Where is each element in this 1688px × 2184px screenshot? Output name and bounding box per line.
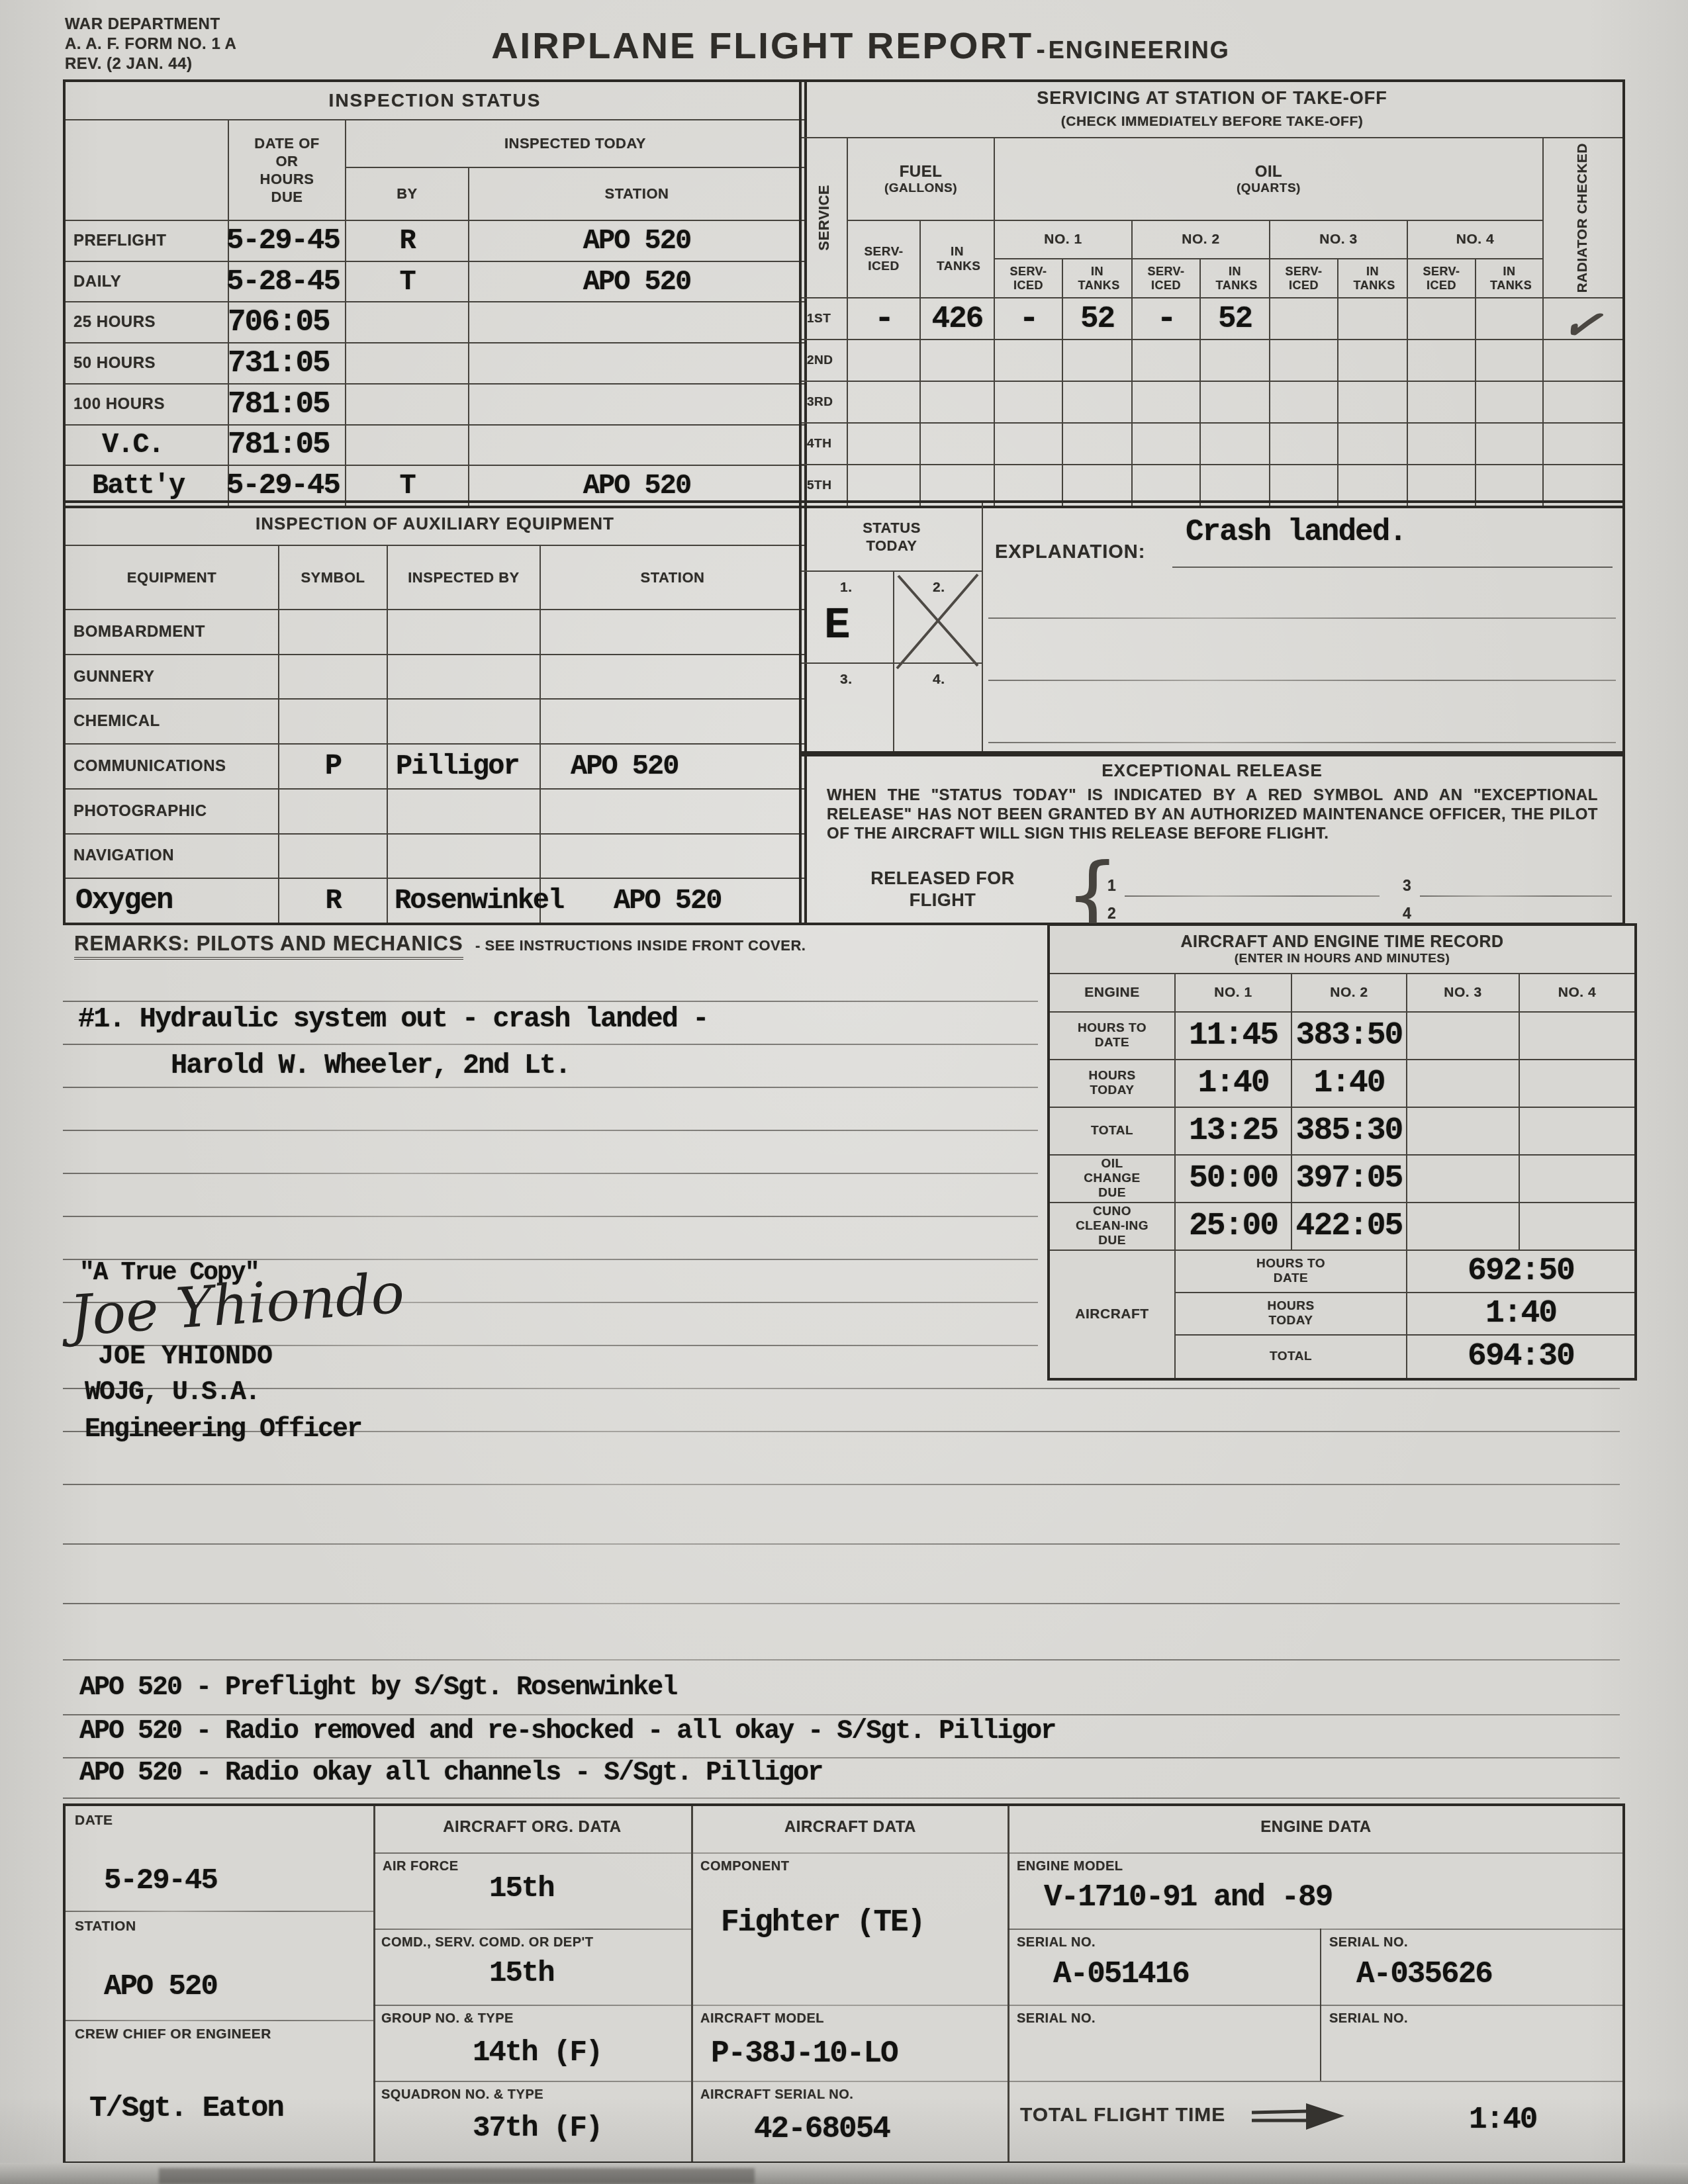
comd-label: COMD., SERV. COMD. OR DEP'T: [381, 1935, 594, 1950]
ruled-line: [63, 1484, 1620, 1485]
engine-serial2-label: SERIAL NO.: [1329, 1935, 1408, 1950]
fuel-header: FUEL (GALLONS): [848, 138, 995, 221]
no1-serviced-header: SERV-ICED: [995, 259, 1063, 297]
station-label: STATION: [75, 1919, 136, 1934]
page-title: AIRPLANE FLIGHT REPORT - ENGINEERING: [430, 24, 1291, 67]
crew-chief-value: T/Sgt. Eaton: [89, 2092, 283, 2125]
grid-line: [373, 2005, 1622, 2006]
cell: [848, 464, 921, 506]
station-note: APO 520 - Radio removed and re-shocked -…: [79, 1717, 1055, 1747]
status-symbol: E: [824, 601, 849, 651]
equipment-label: Oxygen: [66, 878, 279, 923]
cell: [1201, 422, 1270, 464]
row-label: DAILY: [66, 261, 229, 302]
ruled-line: [63, 1044, 1038, 1045]
cell: [1201, 381, 1270, 422]
ruled-line: [63, 1216, 1038, 1217]
cell: [1338, 339, 1408, 381]
release-slot-1: 1: [1107, 877, 1116, 895]
station-value: [469, 424, 804, 465]
date-value: 731:05: [229, 342, 346, 383]
cell: [388, 698, 541, 743]
row-label: PREFLIGHT: [66, 220, 229, 261]
no2-value: 397:05: [1292, 1156, 1407, 1203]
group-label: GROUP NO. & TYPE: [381, 2011, 514, 2026]
servicing-table: SERVICING AT STATION OF TAKE-OFF (CHECK …: [799, 79, 1625, 508]
explanation-value: Crash landed.: [1186, 515, 1406, 549]
station-value: APO 520: [541, 878, 804, 923]
ruled-line: [63, 1130, 1038, 1131]
ruled-line: [63, 1173, 1038, 1174]
remark-entry-line1: #1. Hydraulic system out - crash landed …: [78, 1003, 708, 1035]
cell: [279, 654, 388, 699]
signed-name: JOE YHIONDO: [98, 1342, 273, 1372]
quadrant-3-label: 3.: [840, 672, 853, 688]
grid-line: [982, 503, 983, 754]
date-value: 781:05: [229, 383, 346, 424]
squadron-value: 37th (F): [473, 2112, 602, 2145]
fuel-in-tanks-value: 426: [921, 297, 995, 339]
no2-in-tanks-header: IN TANKS: [1201, 259, 1270, 297]
no1-value: 25:00: [1176, 1203, 1292, 1251]
form-revision: REV. (2 JAN. 44): [65, 54, 236, 74]
station-value: APO 520: [469, 465, 804, 506]
grid-line: [66, 2020, 373, 2021]
no1-value: 50:00: [1176, 1156, 1292, 1203]
date-value: 706:05: [229, 301, 346, 342]
row-label-header-cell: [66, 120, 229, 220]
cell: [1270, 339, 1338, 381]
service-col-header: SERVICE: [802, 138, 848, 297]
aircraft-value: 1:40: [1407, 1293, 1634, 1336]
by-col-header: BY: [346, 168, 469, 220]
station-value: APO 520: [104, 1970, 217, 2003]
cell: [1201, 464, 1270, 506]
explanation-line: [988, 617, 1616, 619]
cell: [1270, 381, 1338, 422]
ruled-line: [63, 1714, 1620, 1715]
cell: [1476, 339, 1544, 381]
title-separator: -: [1037, 35, 1046, 64]
quadrant-1-label: 1.: [840, 580, 853, 596]
cell: [1520, 1060, 1634, 1108]
date-value: 5-29-45: [229, 220, 346, 261]
cell: [541, 833, 804, 878]
org-data-title: AIRCRAFT ORG. DATA: [373, 1818, 691, 1837]
air-force-value: 15th: [489, 1872, 554, 1905]
no2-serviced-header: SERV-ICED: [1133, 259, 1201, 297]
release-slot-3: 3: [1403, 877, 1411, 895]
symbol-value: P: [279, 743, 388, 788]
aux-equipment-title: INSPECTION OF AUXILIARY EQUIPMENT: [66, 503, 804, 546]
no1-in-tanks-header: IN TANKS: [1063, 259, 1133, 297]
row-label: Batt'y: [66, 465, 229, 506]
cell: [279, 698, 388, 743]
cell: [1520, 1203, 1634, 1251]
by-value: T: [346, 465, 469, 506]
grid-line: [691, 1806, 693, 2161]
cell: [995, 422, 1063, 464]
cell: [1063, 339, 1133, 381]
component-label: COMPONENT: [700, 1859, 790, 1874]
no4-col-header: NO. 4: [1520, 974, 1634, 1013]
no3-in-tanks-header: IN TANKS: [1338, 259, 1408, 297]
ruled-line: [63, 1603, 1620, 1604]
cell: [921, 422, 995, 464]
cell: [1476, 381, 1544, 422]
no3-in-tanks-value: [1338, 297, 1408, 339]
oil-no3-header: NO. 3: [1270, 221, 1408, 259]
cell: [388, 609, 541, 654]
cell: [995, 339, 1063, 381]
cell: [279, 788, 388, 833]
engine-serial1-value: A-051416: [1053, 1957, 1189, 1991]
oil-no4-header: NO. 4: [1408, 221, 1544, 259]
explanation-label: EXPLANATION:: [995, 541, 1145, 563]
page-bottom-shadow: [159, 2168, 755, 2184]
cell: [1520, 1156, 1634, 1203]
aux-equipment-table: INSPECTION OF AUXILIARY EQUIPMENT EQUIPM…: [63, 500, 807, 925]
cell: [1407, 1108, 1520, 1156]
inspection-status-table: INSPECTION STATUS DATE OF OR HOURS DUE I…: [63, 79, 807, 508]
row-label: 100 HOURS: [66, 383, 229, 424]
equipment-label: BOMBARDMENT: [66, 609, 279, 654]
grid-line: [66, 1911, 373, 1912]
radiator-checked-value: ✓: [1544, 297, 1622, 339]
row-label: OIL CHANGE DUE: [1050, 1156, 1176, 1203]
cell: [1133, 464, 1201, 506]
aircraft-value: 694:30: [1407, 1336, 1634, 1378]
x-mark: [896, 572, 980, 670]
station-col-header: STATION: [469, 168, 804, 220]
explanation-line: [988, 680, 1616, 681]
cell: [921, 381, 995, 422]
cell: [1133, 381, 1201, 422]
cell: [1407, 1060, 1520, 1108]
exceptional-release-section: EXCEPTIONAL RELEASE WHEN THE "STATUS TOD…: [799, 751, 1625, 925]
no2-in-tanks-value: 52: [1201, 297, 1270, 339]
comd-value: 15th: [489, 1957, 554, 1990]
engine-serial2-value: A-035626: [1356, 1957, 1492, 1991]
engine-model-label: ENGINE MODEL: [1017, 1859, 1123, 1874]
oil-no1-header: NO. 1: [995, 221, 1133, 259]
station-value: [469, 383, 804, 424]
row-label: TOTAL: [1176, 1336, 1407, 1378]
total-flight-time-value: 1:40: [1469, 2103, 1536, 2137]
flight-report-form: WAR DEPARTMENT A. A. F. FORM NO. 1 A REV…: [0, 0, 1688, 2184]
inspection-status-title: INSPECTION STATUS: [66, 82, 804, 120]
equipment-label: CHEMICAL: [66, 698, 279, 743]
row-label: TOTAL: [1050, 1108, 1176, 1156]
released-for-flight-label: RELEASED FOR FLIGHT: [847, 868, 1039, 911]
service-row-label: 4TH: [802, 422, 848, 464]
aircraft-serial-label: AIRCRAFT SERIAL NO.: [700, 2087, 853, 2103]
crew-chief-label: CREW CHIEF OR ENGINEER: [75, 2026, 271, 2042]
cell: [1407, 1203, 1520, 1251]
date-value: 781:05: [229, 424, 346, 465]
no1-value: 11:45: [1176, 1013, 1292, 1060]
station-value: APO 520: [469, 261, 804, 302]
engine-serial4-label: SERIAL NO.: [1329, 2011, 1408, 2026]
by-value: [346, 301, 469, 342]
row-label: HOURS TO DATE: [1050, 1013, 1176, 1060]
grid-line: [373, 1852, 1622, 1854]
no1-col-header: NO. 1: [1176, 974, 1292, 1013]
date-value: 5-28-45: [229, 261, 346, 302]
total-flight-time-label: TOTAL FLIGHT TIME: [1020, 2104, 1225, 2126]
form-number: A. A. F. FORM NO. 1 A: [65, 34, 236, 54]
aircraft-model-label: AIRCRAFT MODEL: [700, 2011, 824, 2026]
station-note: APO 520 - Radio okay all channels - S/Sg…: [79, 1758, 822, 1788]
remark-entry-line2: Harold W. Wheeler, 2nd Lt.: [171, 1050, 570, 1081]
cell: [995, 381, 1063, 422]
grid-line: [373, 2081, 1622, 2082]
cell: [1476, 464, 1544, 506]
cell: [1520, 1108, 1634, 1156]
no4-in-tanks-header: IN TANKS: [1476, 259, 1544, 297]
by-value: R: [346, 220, 469, 261]
signature-line: [1420, 895, 1612, 897]
date-value: 5-29-45: [104, 1864, 217, 1897]
remarks-note: - SEE INSTRUCTIONS INSIDE FRONT COVER.: [475, 937, 806, 954]
signed-title: Engineering Officer: [85, 1415, 361, 1445]
signed-grade: WOJG, U.S.A.: [85, 1378, 259, 1408]
cell: [1544, 422, 1622, 464]
footer-data-section: DATE 5-29-45 STATION APO 520 CREW CHIEF …: [63, 1803, 1625, 2164]
fuel-serviced-header: SERV-ICED: [848, 221, 921, 297]
row-label: HOURS TODAY: [1050, 1060, 1176, 1108]
inspected-by-value: Pilligor: [388, 743, 541, 788]
no2-col-header: NO. 2: [1292, 974, 1407, 1013]
ruled-line: [63, 1659, 1620, 1661]
date-value: 5-29-45: [229, 465, 346, 506]
by-value: [346, 342, 469, 383]
fuel-in-tanks-header: IN TANKS: [921, 221, 995, 297]
cell: [1338, 381, 1408, 422]
cell: [279, 833, 388, 878]
no1-serviced-value: -: [995, 297, 1063, 339]
status-today-section: STATUS TODAY 1. 2. 3. 4. E EXPLANATION: …: [799, 500, 1625, 756]
squadron-label: SQUADRON NO. & TYPE: [381, 2087, 543, 2103]
no2-value: 383:50: [1292, 1013, 1407, 1060]
group-value: 14th (F): [473, 2036, 602, 2070]
aircraft-value: 692:50: [1407, 1251, 1634, 1293]
by-value: [346, 383, 469, 424]
cell: [1133, 339, 1201, 381]
fuel-serviced-value: -: [848, 297, 921, 339]
time-record-table: AIRCRAFT AND ENGINE TIME RECORD (ENTER I…: [1047, 923, 1637, 1381]
no1-value: 13:25: [1176, 1108, 1292, 1156]
cell: [1476, 422, 1544, 464]
cell: [541, 698, 804, 743]
grid-line: [373, 1929, 691, 1930]
oil-no2-header: NO. 2: [1133, 221, 1270, 259]
aircraft-model-value: P-38J-10-LO: [711, 2036, 898, 2071]
cell: [1133, 422, 1201, 464]
row-label: 50 HOURS: [66, 342, 229, 383]
date-label: DATE: [75, 1813, 113, 1829]
cell: [1544, 339, 1622, 381]
no3-serviced-header: SERV-ICED: [1270, 259, 1338, 297]
grid-line: [1008, 1929, 1622, 1930]
time-record-title: AIRCRAFT AND ENGINE TIME RECORD (ENTER I…: [1050, 926, 1634, 974]
cell: [541, 609, 804, 654]
cell: [1338, 464, 1408, 506]
aircraft-section-label: AIRCRAFT: [1050, 1251, 1176, 1378]
cell: [1338, 422, 1408, 464]
cell: [279, 609, 388, 654]
no3-col-header: NO. 3: [1407, 974, 1520, 1013]
ruled-line: [63, 1087, 1038, 1088]
ruled-line: [63, 1543, 1620, 1545]
air-force-label: AIR FORCE: [383, 1859, 459, 1874]
no2-serviced-value: -: [1133, 297, 1201, 339]
cell: [1544, 464, 1622, 506]
cell: [1407, 1156, 1520, 1203]
row-label: CUNO CLEAN-ING DUE: [1050, 1203, 1176, 1251]
no2-value: 1:40: [1292, 1060, 1407, 1108]
title-main: AIRPLANE FLIGHT REPORT: [491, 24, 1033, 66]
cell: [1408, 381, 1476, 422]
grid-line: [373, 1806, 375, 2161]
row-label: HOURS TODAY: [1176, 1293, 1407, 1336]
servicing-subtitle: (CHECK IMMEDIATELY BEFORE TAKE-OFF): [802, 114, 1622, 138]
inspected-by-col-header: INSPECTED BY: [388, 546, 541, 609]
service-row-label: 5TH: [802, 464, 848, 506]
service-row-label: 2ND: [802, 339, 848, 381]
cell: [1408, 422, 1476, 464]
station-value: [469, 342, 804, 383]
cell: [1201, 339, 1270, 381]
cell: [848, 422, 921, 464]
explanation-line: [988, 742, 1616, 743]
no2-value: 422:05: [1292, 1203, 1407, 1251]
oil-header: OIL (QUARTS): [995, 138, 1544, 221]
station-note: APO 520 - Preflight by S/Sgt. Rosenwinke…: [79, 1673, 677, 1703]
by-value: [346, 424, 469, 465]
cell: [1407, 1013, 1520, 1060]
equipment-label: GUNNERY: [66, 654, 279, 699]
total-flight-time-arrow: [1250, 2101, 1350, 2132]
cell: [388, 788, 541, 833]
engine-data-title: ENGINE DATA: [1009, 1818, 1622, 1837]
service-row-label: 3RD: [802, 381, 848, 422]
station-value: [469, 301, 804, 342]
symbol-value: R: [279, 878, 388, 923]
date-col-header: DATE OF OR HOURS DUE: [229, 120, 346, 220]
cell: [1270, 422, 1338, 464]
no3-serviced-value: [1270, 297, 1338, 339]
cell: [848, 339, 921, 381]
engine-serial3-label: SERIAL NO.: [1017, 2011, 1096, 2026]
no4-in-tanks-value: [1476, 297, 1544, 339]
cell: [1408, 464, 1476, 506]
release-slot-4: 4: [1403, 905, 1411, 923]
aircraft-data-title: AIRCRAFT DATA: [693, 1818, 1008, 1837]
cell: [541, 654, 804, 699]
equipment-label: PHOTOGRAPHIC: [66, 788, 279, 833]
equipment-col-header: EQUIPMENT: [66, 546, 279, 609]
remarks-heading: REMARKS: PILOTS AND MECHANICS - SEE INST…: [74, 932, 806, 956]
cell: [1544, 381, 1622, 422]
cell: [848, 381, 921, 422]
no4-serviced-value: [1408, 297, 1476, 339]
servicing-title: SERVICING AT STATION OF TAKE-OFF: [802, 82, 1622, 114]
aircraft-serial-value: 42-68054: [754, 2112, 890, 2146]
form-identification: WAR DEPARTMENT A. A. F. FORM NO. 1 A REV…: [65, 15, 236, 74]
ruled-line: [63, 1001, 1038, 1002]
cell: [388, 654, 541, 699]
release-slot-2: 2: [1107, 905, 1116, 923]
cell: [388, 833, 541, 878]
engine-model-value: V-1710-91 and -89: [1044, 1880, 1332, 1915]
station-value: APO 520: [541, 743, 804, 788]
inspected-by-value: Rosenwinkel: [388, 878, 541, 923]
grid-line: [1008, 1806, 1009, 2161]
by-value: T: [346, 261, 469, 302]
row-label: 25 HOURS: [66, 301, 229, 342]
ruled-line: [63, 1797, 1620, 1799]
status-today-header: STATUS TODAY: [802, 503, 983, 572]
cell: [921, 464, 995, 506]
cell: [1063, 464, 1133, 506]
station-value: APO 520: [469, 220, 804, 261]
no2-value: 385:30: [1292, 1108, 1407, 1156]
title-subtitle: ENGINEERING: [1049, 36, 1230, 64]
cell: [541, 788, 804, 833]
no1-in-tanks-value: 52: [1063, 297, 1133, 339]
cell: [1520, 1013, 1634, 1060]
no4-serviced-header: SERV-ICED: [1408, 259, 1476, 297]
cell: [1063, 422, 1133, 464]
cell: [921, 339, 995, 381]
station-col-header: STATION: [541, 546, 804, 609]
inspected-today-header: INSPECTED TODAY: [346, 120, 804, 168]
exceptional-release-title: EXCEPTIONAL RELEASE: [802, 760, 1622, 781]
engine-col-header: ENGINE: [1050, 974, 1176, 1013]
cell: [995, 464, 1063, 506]
radiator-col-header: RADIATOR CHECKED: [1544, 138, 1622, 297]
service-row-label: 1ST: [802, 297, 848, 339]
ruled-line: [63, 1388, 1620, 1389]
row-label: HOURS TO DATE: [1176, 1251, 1407, 1293]
cell: [1270, 464, 1338, 506]
exceptional-release-body: WHEN THE "STATUS TODAY" IS INDICATED BY …: [827, 786, 1598, 843]
symbol-col-header: SYMBOL: [279, 546, 388, 609]
no1-value: 1:40: [1176, 1060, 1292, 1108]
cell: [1408, 339, 1476, 381]
explanation-line: [1172, 567, 1613, 568]
quadrant-4-label: 4.: [933, 672, 945, 688]
component-value: Fighter (TE): [721, 1905, 924, 1940]
cell: [1063, 381, 1133, 422]
equipment-label: COMMUNICATIONS: [66, 743, 279, 788]
equipment-label: NAVIGATION: [66, 833, 279, 878]
engine-serial1-label: SERIAL NO.: [1017, 1935, 1096, 1950]
row-label: V.C.: [66, 424, 229, 465]
dept-line: WAR DEPARTMENT: [65, 15, 236, 34]
signature-line: [1125, 895, 1380, 897]
